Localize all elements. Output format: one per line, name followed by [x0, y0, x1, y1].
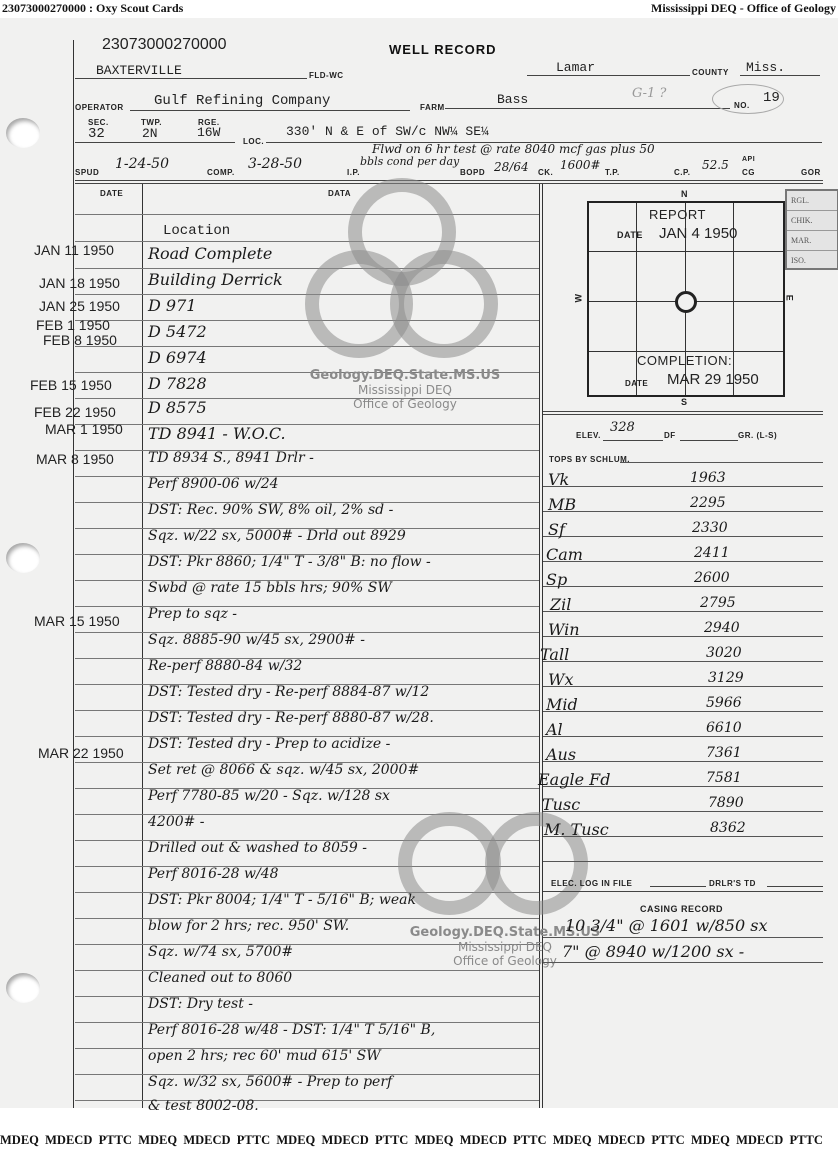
rule — [527, 75, 690, 76]
top-formation: M. Tusc — [544, 820, 609, 839]
top-depth: 2330 — [692, 520, 728, 536]
log-entry: DST: Rec. 90% SW, 8% oil, 2% sd - — [148, 502, 393, 518]
top-formation: MB — [548, 495, 576, 514]
log-entry: D 6974 — [148, 348, 207, 367]
twp-value: 2N — [142, 126, 158, 141]
spud-date: 1-24-50 — [115, 156, 169, 172]
loc-label: LOC. — [243, 137, 264, 146]
footer-banner: MDEQ MDECD PTTC MDEQ MDECD PTTC MDEQ MDE… — [0, 1133, 838, 1151]
log-date: MAR 1 1950 — [45, 421, 123, 437]
ck-value: 1600# — [560, 158, 601, 172]
log-entry: Re-perf 8880-84 w/32 — [148, 658, 302, 674]
log-entry: D 8575 — [148, 398, 207, 417]
watermark-url: Geology.DEQ.State.MS.US — [310, 368, 500, 383]
log-entry: DST: Tested dry - Re-perf 8884-87 w/12 — [148, 684, 429, 700]
top-formation: Tall — [540, 645, 569, 664]
watermark-office: Office of Geology — [300, 397, 510, 411]
rule — [543, 962, 823, 963]
top-depth: 8362 — [710, 820, 746, 836]
elev-value: 328 — [610, 420, 635, 435]
field-label: FLD-WC — [309, 71, 344, 80]
rule — [603, 440, 663, 441]
top-depth: 2795 — [700, 595, 736, 611]
rule — [740, 75, 820, 76]
log-entry: DST: Pkr 8004; 1/4" T - 5/16" B; weak — [148, 892, 416, 908]
top-depth: 2295 — [690, 495, 726, 511]
elev-label: ELEV. — [576, 431, 601, 440]
well-no-circle — [712, 84, 784, 114]
drillers-td-label: DRLR'S TD — [709, 879, 756, 888]
tp-label: T.P. — [605, 168, 620, 177]
log-date: JAN 18 1950 — [39, 275, 120, 291]
agency-title: Mississippi DEQ - Office of Geology — [651, 0, 836, 17]
log-entry: Perf 8016-28 w/48 - DST: 1/4" T 5/16" B, — [148, 1022, 435, 1038]
log-entry: DST: Pkr 8860; 1/4" T - 3/8" B: no flow … — [148, 554, 431, 570]
comp-date: 3-28-50 — [248, 156, 302, 172]
log-entry: Sqz. w/22 sx, 5000# - Drld out 8929 — [148, 528, 406, 544]
report-label: REPORT — [649, 207, 706, 222]
api-gravity-label: API — [742, 156, 755, 163]
report-date-label: DATE — [617, 230, 643, 240]
rule — [543, 411, 823, 412]
top-formation: Al — [546, 720, 563, 739]
top-depth: 3129 — [708, 670, 744, 686]
log-date: FEB 1 1950 — [36, 317, 110, 333]
top-formation: Cam — [546, 545, 583, 564]
log-date: JAN 11 1950 — [34, 242, 114, 258]
log-entry: blow for 2 hrs; rec. 950' SW. — [148, 918, 349, 934]
review-stamp-mar: MAR. — [787, 231, 837, 251]
data-column-header: DATA — [328, 189, 351, 198]
top-formation: Tusc — [542, 795, 580, 814]
cg-label: CG — [742, 168, 755, 177]
bopd-label: BOPD — [460, 168, 485, 177]
top-depth: 6610 — [706, 720, 742, 736]
log-entry: Perf 7780-85 w/20 - Sqz. w/128 sx — [148, 788, 390, 804]
report-date: JAN 4 1950 — [659, 225, 737, 242]
form-title: WELL RECORD — [389, 42, 497, 57]
viewer-header: 23073000270000 : Oxy Scout Cards Mississ… — [0, 0, 838, 18]
log-entry: Perf 8900-06 w/24 — [148, 476, 279, 492]
punch-hole — [6, 118, 40, 148]
field-name: BAXTERVILLE — [96, 63, 182, 78]
log-entry: Swbd @ rate 15 bbls hrs; 90% SW — [148, 580, 392, 596]
completion-date: MAR 29 1950 — [667, 371, 759, 388]
log-entry: Sqz. w/32 sx, 5600# - Prep to perf — [148, 1074, 392, 1090]
log-entry: DST: Dry test - — [148, 996, 253, 1012]
casing-entry: 10 3/4" @ 1601 w/850 sx — [565, 916, 767, 935]
top-formation: Vk — [548, 470, 569, 489]
rule — [130, 110, 410, 111]
log-entry: Cleaned out to 8060 — [148, 970, 292, 986]
sec-value: 32 — [88, 126, 105, 142]
log-entry: D 7828 — [148, 374, 207, 393]
casing-entry: 7" @ 8940 w/1200 sx - — [562, 942, 744, 961]
rule — [445, 108, 730, 109]
top-formation: Sf — [548, 520, 565, 539]
log-entry: TD 8934 S., 8941 Drlr - — [148, 450, 314, 466]
cp-label: C.P. — [674, 168, 691, 177]
top-depth: 2411 — [694, 545, 730, 561]
log-entry: Building Derrick — [148, 270, 283, 289]
gr-label: GR. (L-S) — [738, 431, 777, 440]
punch-hole — [6, 973, 40, 1003]
top-formation: Mid — [546, 695, 578, 714]
top-depth: 7890 — [708, 795, 744, 811]
log-entry: open 2 hrs; rec 60' mud 615' SW — [148, 1048, 381, 1064]
log-entry: Perf 8016-28 w/48 — [148, 866, 279, 882]
gor-label: GOR — [801, 168, 821, 177]
top-depth: 7361 — [706, 745, 742, 761]
rge-value: 16W — [197, 125, 220, 140]
spud-label: SPUD — [75, 168, 99, 177]
operator-value: Gulf Refining Company — [154, 93, 330, 109]
county-value: Lamar — [556, 60, 595, 75]
watermark-agency: Mississippi DEQ — [300, 383, 510, 397]
margin-rule — [73, 40, 74, 1108]
rule — [75, 78, 307, 79]
completion-label: COMPLETION: — [637, 353, 732, 368]
location-plat: REPORT DATE JAN 4 1950 COMPLETION: DATE … — [587, 201, 785, 397]
bopd-value: 28/64 — [494, 160, 529, 174]
log-entry: & test 8002-08. — [148, 1098, 259, 1114]
review-stamp-chk: CHIK. — [787, 211, 837, 231]
top-depth: 3020 — [706, 645, 742, 661]
log-entry: Sqz. 8885-90 w/45 sx, 2900# - — [148, 632, 365, 648]
comp-label: COMP. — [207, 168, 235, 177]
top-depth: 2940 — [704, 620, 740, 636]
top-depth: 1963 — [690, 470, 726, 486]
log-entry: Drilled out & washed to 8059 - — [148, 840, 367, 856]
rule — [75, 183, 823, 184]
document-title: 23073000270000 : Oxy Scout Cards — [2, 0, 183, 17]
log-date: JAN 25 1950 — [39, 298, 120, 314]
ip-label: I.P. — [347, 168, 360, 177]
log-date: FEB 15 1950 — [30, 377, 112, 393]
casing-record-heading: CASING RECORD — [640, 904, 723, 914]
rule — [767, 886, 823, 887]
review-stamp: RGL. CHIK. MAR. ISO. — [785, 189, 838, 270]
top-formation: Sp — [546, 570, 567, 589]
rule — [650, 886, 706, 887]
ck-label: CK. — [538, 168, 553, 177]
log-date: MAR 8 1950 — [36, 451, 114, 467]
ip-line-1: Flwd on 6 hr test @ rate 8040 mcf gas pl… — [372, 142, 655, 156]
tops-heading: TOPS BY SCHLUM. — [549, 455, 630, 464]
log-entry: TD 8941 - W.O.C. — [148, 424, 286, 443]
farm-value: Bass — [497, 92, 528, 107]
log-entry: Sqz. w/74 sx, 5700# — [148, 944, 293, 960]
top-formation: Zil — [550, 595, 571, 614]
top-formation: Wx — [548, 670, 573, 689]
plat-east: E — [784, 295, 794, 302]
log-date: FEB 22 1950 — [34, 404, 116, 420]
top-formation: Win — [548, 620, 580, 639]
rule — [543, 937, 823, 938]
log-heading: Location — [163, 223, 230, 239]
top-depth: 5966 — [706, 695, 742, 711]
farm-label: FARM — [420, 103, 445, 112]
well-symbol-icon — [675, 291, 697, 313]
log-entry: 4200# - — [148, 814, 205, 830]
log-date: MAR 22 1950 — [38, 745, 124, 761]
rule — [680, 440, 738, 441]
rule — [543, 414, 823, 415]
top-depth: 2600 — [694, 570, 730, 586]
log-entry: D 5472 — [148, 322, 207, 341]
review-stamp-iso: ISO. — [787, 251, 837, 270]
elec-log-label: ELEC. LOG IN FILE — [551, 879, 632, 888]
plat-west: W — [574, 294, 584, 303]
top-formation: Aus — [546, 745, 576, 764]
log-entry: Prep to sqz - — [148, 606, 237, 622]
log-entry: Set ret @ 8066 & sqz. w/45 sx, 2000# — [148, 762, 419, 778]
rule — [543, 891, 823, 892]
state-value: Miss. — [746, 60, 785, 75]
log-entry: Road Complete — [148, 244, 272, 263]
rule — [75, 142, 235, 143]
plat-south: S — [681, 397, 688, 407]
punch-hole — [6, 543, 40, 573]
completion-date-label: DATE — [625, 379, 648, 388]
review-stamp-rgl: RGL. — [787, 191, 837, 211]
log-entry: D 971 — [148, 296, 196, 315]
df-label: DF — [664, 431, 676, 440]
rule — [75, 180, 823, 181]
log-entry: DST: Tested dry - Prep to acidize - — [148, 736, 390, 752]
log-date: FEB 8 1950 — [43, 332, 117, 348]
watermark-text: Geology.DEQ.State.MS.US Mississippi DEQ … — [300, 368, 510, 411]
log-entry: DST: Tested dry - Re-perf 8880-87 w/28. — [148, 710, 434, 726]
county-label: COUNTY — [692, 68, 729, 77]
operator-label: OPERATOR — [75, 103, 124, 112]
top-depth: 7581 — [706, 770, 742, 786]
location-value: 330' N & E of SW/c NW¼ SE¼ — [286, 124, 489, 139]
ip-line-2: bbls cond per day — [360, 155, 459, 168]
log-date: MAR 15 1950 — [34, 613, 120, 629]
top-formation: Eagle Fd — [538, 770, 610, 789]
cp-value: 52.5 — [702, 158, 729, 172]
farm-note: G-1 ? — [632, 86, 666, 101]
plat-north: N — [681, 189, 688, 199]
api-number: 23073000270000 — [102, 36, 227, 54]
date-column-header: DATE — [100, 189, 123, 198]
